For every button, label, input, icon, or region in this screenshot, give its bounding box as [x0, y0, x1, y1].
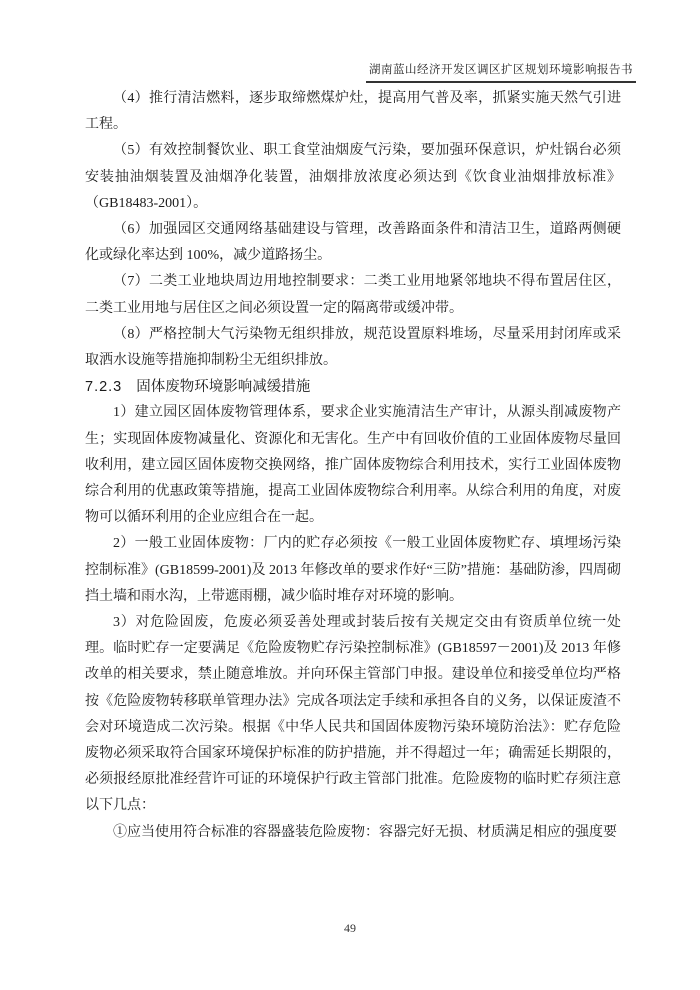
section-heading-7-2-3: 7.2.3固体废物环境影响减缓措施: [85, 374, 621, 400]
section-number: 7.2.3: [85, 379, 122, 395]
paragraph-general-solid-waste: 2）一般工业固体废物：厂内的贮存必须按《一般工业固体废物贮存、填埋场污染控制标准…: [85, 531, 621, 610]
document-page: 湖南蓝山经济开发区调区扩区规划环境影响报告书 （4）推行清洁燃料，逐步取缔燃煤炉…: [0, 0, 700, 990]
document-body: （4）推行清洁燃料，逐步取缔燃煤炉灶，提高用气普及率，抓紧实施天然气引进工程。 …: [85, 86, 621, 846]
running-header: 湖南蓝山经济开发区调区扩区规划环境影响报告书: [366, 62, 636, 83]
paragraph-clean-fuel: （4）推行清洁燃料，逐步取缔燃煤炉灶，提高用气普及率，抓紧实施天然气引进工程。: [85, 86, 621, 138]
section-title: 固体废物环境影响减缓措施: [136, 379, 310, 395]
running-header-title: 湖南蓝山经济开发区调区扩区规划环境影响报告书: [369, 64, 633, 76]
paragraph-industrial-land-control: （7）二类工业地块周边用地控制要求：二类工业用地紧邻地块不得布置居住区，二类工业…: [85, 269, 621, 321]
paragraph-solid-waste-system: 1）建立园区固体废物管理体系，要求企业实施清洁生产审计，从源头削减废物产生；实现…: [85, 400, 621, 531]
paragraph-container-requirement: ①应当使用符合标准的容器盛装危险废物：容器完好无损、材质满足相应的强度要: [85, 820, 621, 846]
page-footer: 49: [0, 921, 700, 936]
paragraph-catering-fume: （5）有效控制餐饮业、职工食堂油烟废气污染，要加强环保意识，炉灶锅台必须安装抽油…: [85, 138, 621, 217]
paragraph-hazardous-waste: 3）对危险固废，危废必须妥善处理或封装后按有关规定交由有资质单位统一处理。临时贮…: [85, 610, 621, 820]
paragraph-fugitive-emission: （8）严格控制大气污染物无组织排放，规范设置原料堆场，尽量采用封闭库或采取洒水设…: [85, 322, 621, 374]
page-number: 49: [344, 921, 356, 935]
paragraph-road-network: （6）加强园区交通网络基础建设与管理，改善路面条件和清洁卫生，道路两侧硬化或绿化…: [85, 217, 621, 269]
